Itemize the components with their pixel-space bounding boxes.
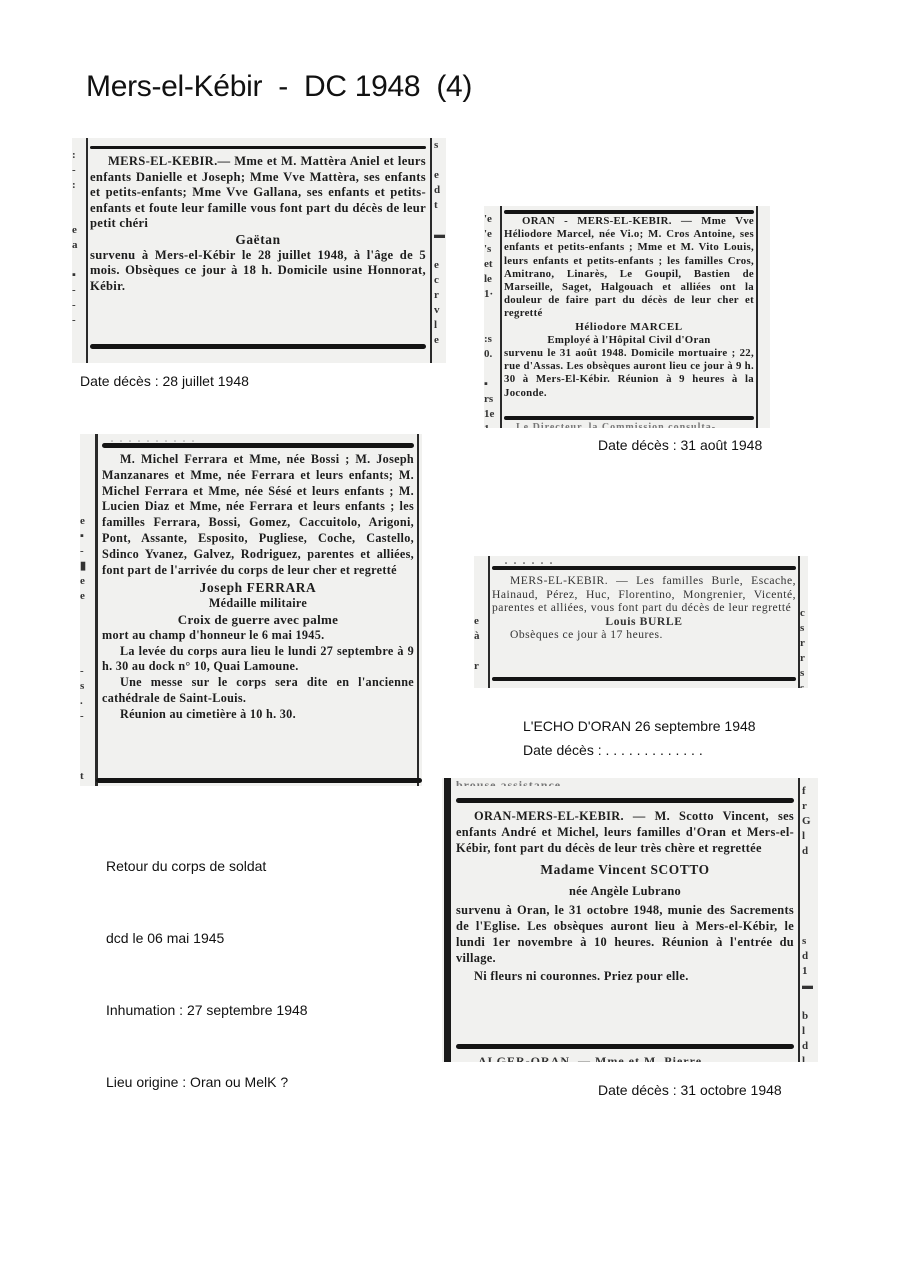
clipping-marcel: 'e 'e 's et le 1· :s 0. ▪ rs 1e 1- 1, OR…: [484, 206, 770, 428]
column-divider: [488, 556, 490, 688]
rule-line: [504, 416, 754, 420]
column-divider: [95, 434, 98, 786]
notice-heading: ORAN-MERS-EL-KEBIR. — M. Scotto Vincent,…: [456, 808, 794, 856]
column-divider: [430, 138, 432, 363]
adjacent-column-fragment: f r G l d s d 1 ▬ b l d l c: [802, 784, 818, 1062]
rule-line: [90, 146, 426, 149]
rule-line: [492, 677, 796, 681]
caption-date-deces: Date décès : 31 octobre 1948: [598, 1078, 782, 1102]
deceased-honour-1: Médaille militaire: [102, 596, 414, 612]
rule-line: [492, 566, 796, 570]
adjacent-column-fragment: e ▪ - ▮ e e - s . - t - ç f: [80, 514, 94, 786]
notice-details: Obsèques ce jour à 17 heures.: [492, 628, 796, 642]
rule-line: [504, 210, 754, 214]
notice-heading: MERS-EL-KEBIR.— Mme et M. Mattèra Aniel …: [90, 154, 426, 232]
deceased-name: Madame Vincent SCOTTO: [456, 860, 794, 880]
deceased-name: Gaëtan: [90, 232, 426, 248]
rule-line: [456, 798, 794, 803]
adjacent-column-fragment: e à r: [474, 614, 488, 688]
rule-line: [90, 344, 426, 349]
caption-line: Retour du corps de soldat: [106, 854, 308, 878]
notice-text: M. Michel Ferrara et Mme, née Bossi ; M.…: [102, 452, 414, 723]
notice-heading: MERS-EL-KEBIR. — Les familles Burle, Esc…: [492, 574, 796, 615]
deceased-maiden-name: née Angèle Lubrano: [456, 880, 794, 902]
clipping-ferrara: e ▪ - ▮ e e - s . - t - ç f · · · · · · …: [80, 434, 422, 786]
adjacent-column-fragment: 'e 'e 's et le 1· :s 0. ▪ rs 1e 1- 1,: [484, 212, 498, 428]
notice-details: survenu le 31 août 1948. Domicile mortua…: [504, 347, 754, 400]
notice-heading: M. Michel Ferrara et Mme, née Bossi ; M.…: [102, 452, 414, 578]
notice-text: ORAN-MERS-EL-KEBIR. — M. Scotto Vincent,…: [456, 808, 794, 984]
page-title: Mers-el-Kébir - DC 1948 (4): [86, 70, 472, 104]
caption-ferrara-notes: Retour du corps de soldat dcd le 06 mai …: [106, 806, 308, 1118]
deceased-name: Louis BURLE: [492, 615, 796, 629]
rule-line: [102, 443, 414, 448]
notice-closing: Ni fleurs ni couronnes. Priez pour elle.: [456, 968, 794, 984]
notice-details: mort au champ d'honneur le 6 mai 1945.: [102, 628, 414, 644]
adjacent-column-fragment: s e d t ▬ e c r v l e: [434, 138, 446, 363]
column-divider: [798, 778, 800, 1062]
caption-line: dcd le 06 mai 1945: [106, 926, 308, 950]
column-divider: [756, 206, 758, 428]
caption-date-deces: Date décès : 28 juillet 1948: [80, 369, 249, 393]
notice-text: MERS-EL-KEBIR. — Les familles Burle, Esc…: [492, 574, 796, 642]
rule-line: [456, 1044, 794, 1049]
previous-notice-fragment: · · · · · · · · · ·: [110, 434, 196, 442]
caption-line: Lieu origine : Oran ou MelK ?: [106, 1070, 308, 1094]
notice-messe: Une messe sur le corps sera dite en l'an…: [102, 675, 414, 707]
deceased-occupation: Employé à l'Hôpital Civil d'Oran: [504, 334, 754, 347]
notice-reunion: Réunion au cimetière à 10 h. 30.: [102, 707, 414, 723]
caption-date-deces: Date décès : 31 août 1948: [598, 433, 762, 457]
caption-source: L'ECHO D'ORAN 26 septembre 1948: [523, 714, 756, 738]
deceased-name: Héliodore MARCEL: [504, 321, 754, 334]
notice-heading: ORAN - MERS-EL-KEBIR. — Mme Vve Héliodor…: [504, 215, 754, 321]
column-divider: [86, 138, 88, 363]
notice-details: survenu à Oran, le 31 octobre 1948, muni…: [456, 902, 794, 966]
previous-notice-fragment: brouse assistance.: [456, 778, 565, 786]
next-notice-fragment: Le Directeur, la Commission consulta-: [516, 422, 716, 428]
column-divider: [500, 206, 502, 428]
clipping-burle: e à r c s r r s s · · · · · · MERS-EL-KE…: [474, 556, 808, 688]
adjacent-column-fragment: c s r r s s: [800, 576, 808, 688]
notice-text: ORAN - MERS-EL-KEBIR. — Mme Vve Héliodor…: [504, 215, 754, 400]
column-divider: [417, 434, 419, 786]
column-divider: [444, 778, 451, 1062]
notice-levee: La levée du corps aura lieu le lundi 27 …: [102, 644, 414, 676]
clipping-matteras: : - : e a ▪ - - - s e d t ▬ e c r v l e …: [72, 138, 446, 363]
notice-text: MERS-EL-KEBIR.— Mme et M. Mattèra Aniel …: [90, 154, 426, 294]
caption-date-deces: Date décès : . . . . . . . . . . . . .: [523, 738, 703, 762]
next-notice-fragment: ALGER-ORAN. — Mme et M. Pierre: [478, 1054, 702, 1062]
caption-line: Inhumation : 27 septembre 1948: [106, 998, 308, 1022]
adjacent-column-fragment: : - : e a ▪ - - -: [72, 148, 86, 363]
deceased-honour-2: Croix de guerre avec palme: [102, 612, 414, 628]
clipping-scotto: f r G l d s d 1 ▬ b l d l c brouse assis…: [442, 778, 818, 1062]
previous-notice-fragment: · · · · · ·: [504, 556, 554, 564]
rule-line: [96, 778, 422, 783]
notice-details: survenu à Mers-el-Kébir le 28 juillet 19…: [90, 248, 426, 295]
deceased-name: Joseph FERRARA: [102, 580, 414, 596]
